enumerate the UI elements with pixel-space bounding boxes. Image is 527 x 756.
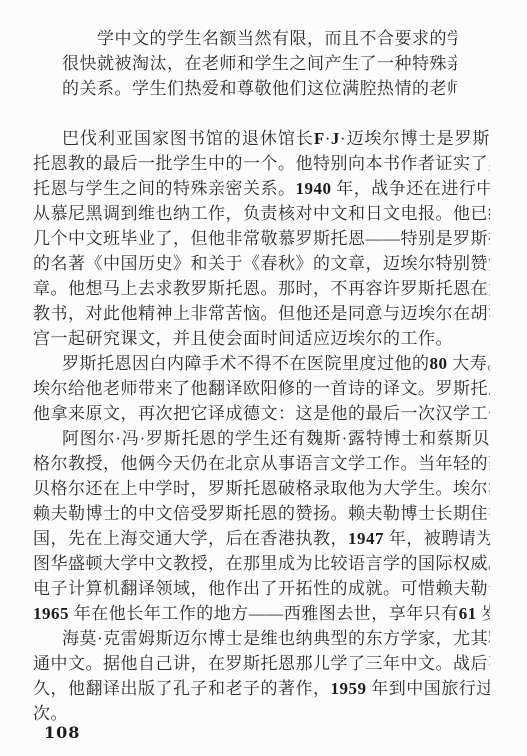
text-line: 贝格尔还在上中学时，罗斯托恩破格录取他为大学生。埃尔温· xyxy=(33,476,490,501)
text-line: 教书，对此他精神上非常苦恼。但他还是同意与迈埃尔在胡浮堡 xyxy=(33,301,490,326)
text-line: 罗斯托恩因白内障手术不得不在医院里度过他的80 大寿。迈 xyxy=(33,351,490,376)
text-line: 阿图尔·冯·罗斯托恩的学生还有魏斯·露特博士和蔡斯贝 xyxy=(33,426,490,451)
text-line: 格尔教授，他俩今天仍在北京从事语言文学工作。当年轻的蔡斯 xyxy=(33,451,490,476)
text-line: 章。他想马上去求教罗斯托恩。那时，不再容许罗斯托恩在大学 xyxy=(33,276,490,301)
block-quote: 学中文的学生名额当然有限，而且不合要求的学生 很快就被淘汰，在老师和学生之间产生… xyxy=(62,26,457,101)
page-number: 108 xyxy=(44,723,80,742)
text-line: 宫一起研究课文，并且使会面时间适应迈埃尔的工作。 xyxy=(33,326,490,351)
text-line: 他拿来原文，再次把它译成德文：这是他的最后一次汉学工作。 xyxy=(33,401,490,426)
scanned-book-page: 学中文的学生名额当然有限，而且不合要求的学生 很快就被淘汰，在老师和学生之间产生… xyxy=(0,0,527,756)
text-line: 埃尔给他老师带来了他翻译欧阳修的一首诗的译文。罗斯托恩委 xyxy=(33,376,490,401)
text-line: 几个中文班毕业了，但他非常敬慕罗斯托恩——特别是罗斯托恩 xyxy=(33,226,490,251)
text-line: 1965 年在他长年工作的地方——西雅图去世，享年只有61 岁。 xyxy=(33,601,490,626)
paragraph-2: 罗斯托恩因白内障手术不得不在医院里度过他的80 大寿。迈 埃尔给他老师带来了他翻… xyxy=(33,351,490,426)
text-line: 赖夫勒博士的中文倍受罗斯托恩的赞扬。赖夫勒博士长期住在中 xyxy=(33,501,490,526)
page-body: 学中文的学生名额当然有限，而且不合要求的学生 很快就被淘汰，在老师和学生之间产生… xyxy=(33,26,490,726)
text-line: 久，他翻译出版了孔子和老子的著作，1959 年到中国旅行过一 xyxy=(33,676,490,701)
text-line: 图华盛顿大学中文教授，在那里成为比较语言学的国际权威。在 xyxy=(33,551,490,576)
text-line: 的名著《中国历史》和关于《春秋》的文章，迈埃尔特别赞赏这篇文 xyxy=(33,251,490,276)
quote-line: 很快就被淘汰，在老师和学生之间产生了一种特殊亲密 xyxy=(62,51,457,76)
text-line: 巴伐利亚国家图书馆的退休馆长F·J·迈埃尔博士是罗斯 xyxy=(33,126,490,151)
paragraph-4: 海莫·克雷姆斯迈尔博士是维也纳典型的东方学家，尤其精 通中文。据他自己讲，在罗斯… xyxy=(33,626,490,726)
paragraph-1: 巴伐利亚国家图书馆的退休馆长F·J·迈埃尔博士是罗斯 托恩教的最后一批学生中的一… xyxy=(33,126,490,351)
quote-line: 的关系。学生们热爱和尊敬他们这位满腔热情的老师。 xyxy=(62,76,457,101)
text-line: 海莫·克雷姆斯迈尔博士是维也纳典型的东方学家，尤其精 xyxy=(33,626,490,651)
text-line: 通中文。据他自己讲，在罗斯托恩那儿学了三年中文。战后不 xyxy=(33,651,490,676)
text-line: 国，先在上海交通大学，后在香港执教，1947 年，被聘请为西雅 xyxy=(33,526,490,551)
paragraph-3: 阿图尔·冯·罗斯托恩的学生还有魏斯·露特博士和蔡斯贝 格尔教授，他俩今天仍在北京… xyxy=(33,426,490,626)
quote-line: 学中文的学生名额当然有限，而且不合要求的学生 xyxy=(62,26,457,51)
text-line: 电子计算机翻译领域，他作出了开拓性的成就。可惜赖夫勒于 xyxy=(33,576,490,601)
text-line: 托恩与学生之间的特殊亲密关系。1940 年，战争还在进行中，他 xyxy=(33,176,490,201)
text-line: 次。 xyxy=(33,701,490,726)
text-line: 托恩教的最后一批学生中的一个。他特别向本书作者证实了罗斯 xyxy=(33,151,490,176)
text-line: 从慕尼黑调到维也纳工作，负责核对中文和日文电报。他已经在 xyxy=(33,201,490,226)
paragraph-spacer xyxy=(33,101,490,126)
